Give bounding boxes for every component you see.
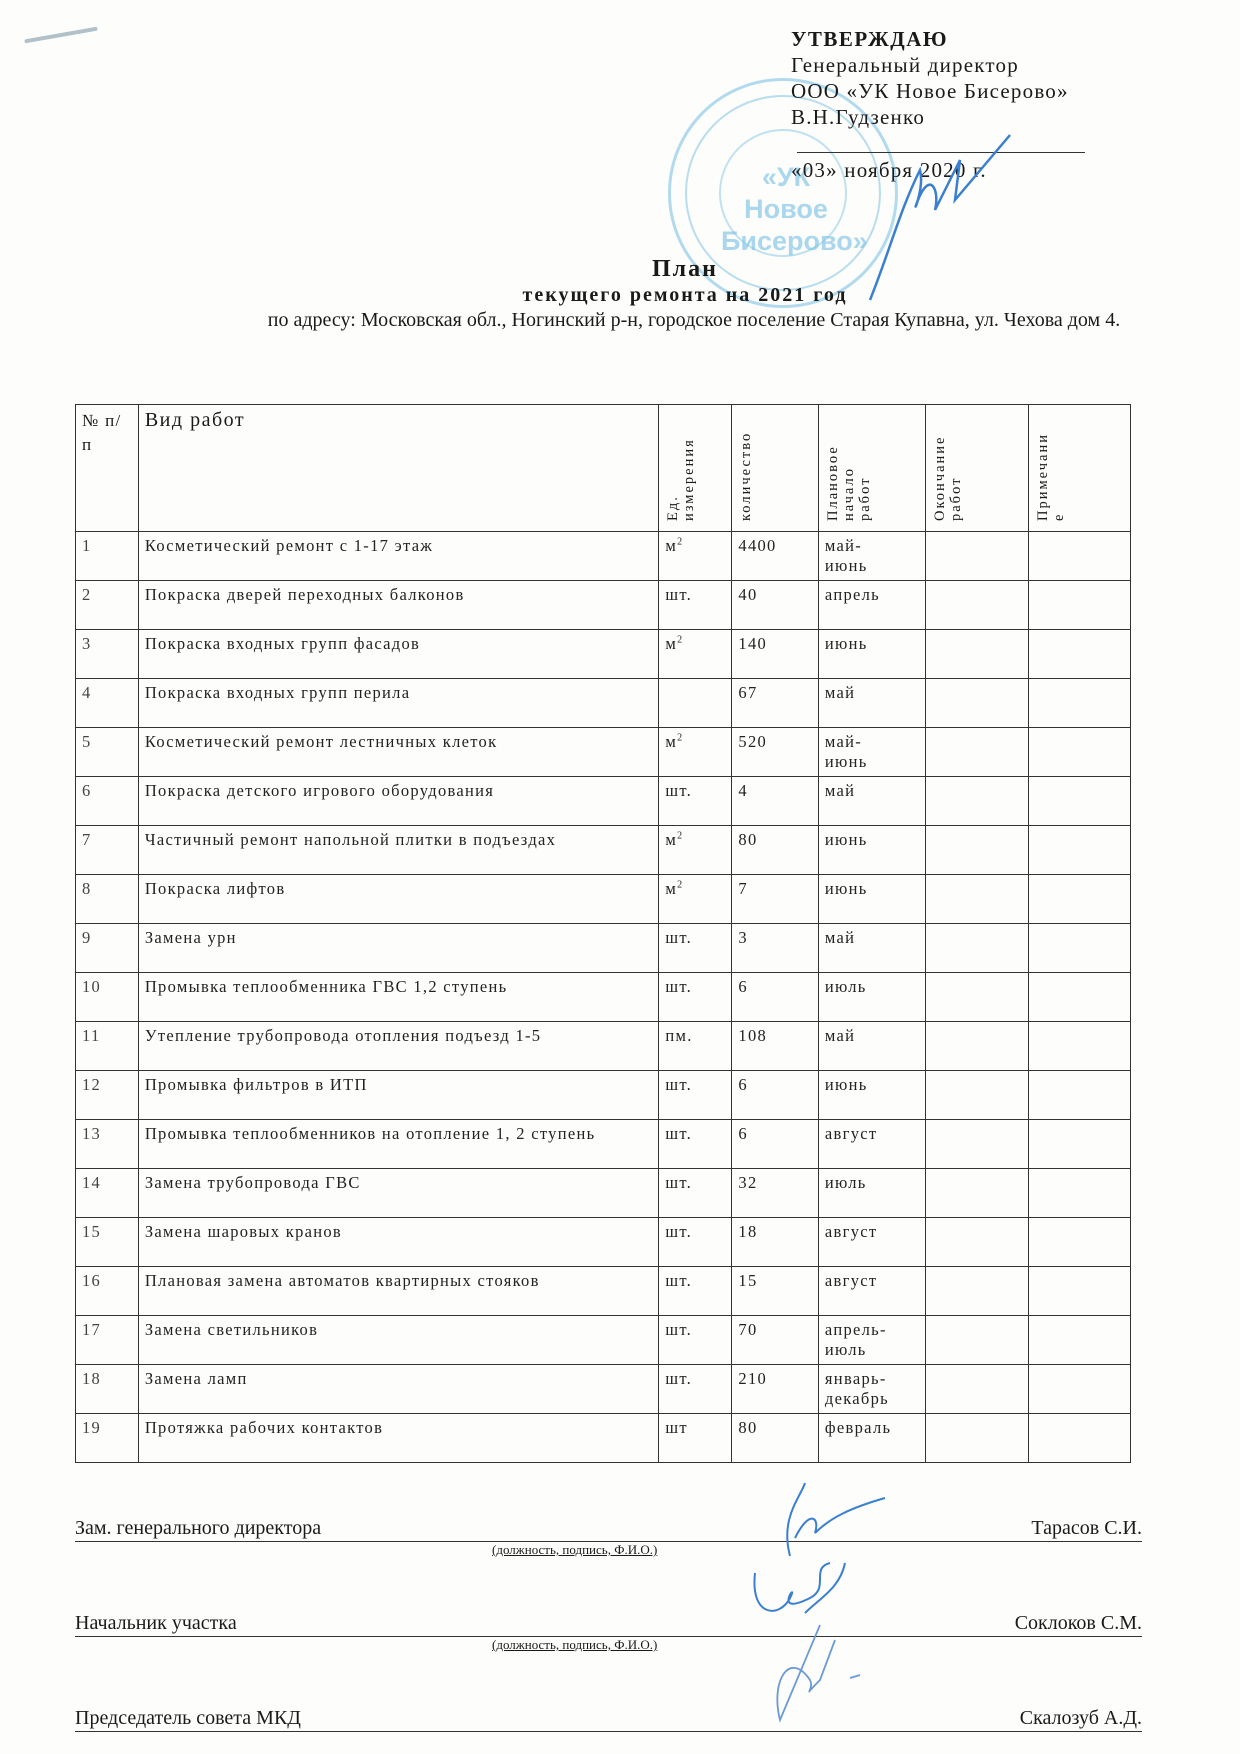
row-qty: 40 [732,581,819,630]
row-qty: 80 [732,826,819,875]
row-unit: шт [659,1414,732,1463]
row-start: май [818,679,925,728]
row-start: май [818,1022,925,1071]
row-unit: шт. [659,1218,732,1267]
signer-role: Начальник участка [75,1612,237,1635]
row-work: Утепление трубопровода отопления подъезд… [138,1022,659,1071]
row-qty: 18 [732,1218,819,1267]
row-work: Плановая замена автоматов квартирных сто… [138,1267,659,1316]
row-qty: 6 [732,1071,819,1120]
row-start: август [818,1218,925,1267]
row-note [1028,1365,1130,1414]
row-qty: 70 [732,1316,819,1365]
row-work: Косметический ремонт лестничных клеток [138,728,659,777]
repair-plan-table: № п/п Вид работ Ед. измерения количество… [75,404,1131,1463]
row-num: 11 [76,1022,139,1071]
row-note [1028,679,1130,728]
row-end [925,679,1028,728]
table-row: 12Промывка фильтров в ИТПшт.6июнь [76,1071,1131,1120]
row-num: 16 [76,1267,139,1316]
row-work: Покраска дверей переходных балконов [138,581,659,630]
row-qty: 4400 [732,532,819,581]
row-work: Промывка теплообменника ГВС 1,2 ступень [138,973,659,1022]
table-row: 6Покраска детского игрового оборудования… [76,777,1131,826]
row-num: 7 [76,826,139,875]
row-qty: 210 [732,1365,819,1414]
row-unit: шт. [659,1316,732,1365]
row-qty: 7 [732,875,819,924]
signature-line: Председатель совета МКД Скалозуб А.Д. [75,1703,1142,1732]
row-unit: шт. [659,1267,732,1316]
row-start: апрель [818,581,925,630]
row-num: 13 [76,1120,139,1169]
row-work: Замена шаровых кранов [138,1218,659,1267]
row-num: 6 [76,777,139,826]
row-work: Промывка фильтров в ИТП [138,1071,659,1120]
signature-line: Зам. генерального директора Тарасов С.И. [75,1513,1142,1542]
row-end [925,1316,1028,1365]
row-end [925,630,1028,679]
row-start: август [818,1120,925,1169]
row-start: июнь [818,875,925,924]
row-num: 9 [76,924,139,973]
row-end [925,1414,1028,1463]
row-note [1028,1267,1130,1316]
signer-name: Скалозуб А.Д. [1020,1707,1142,1730]
signature-hint: (должность, подпись, Ф.И.О.) [492,1637,657,1653]
row-end [925,532,1028,581]
table-row: 1Косметический ремонт с 1-17 этажм24400м… [76,532,1131,581]
row-start: июнь [818,1071,925,1120]
row-end [925,973,1028,1022]
row-end [925,1022,1028,1071]
row-unit: шт. [659,777,732,826]
row-unit: пм. [659,1022,732,1071]
header-num: № п/п [76,405,139,532]
row-start: апрель- июль [818,1316,925,1365]
row-unit: шт. [659,973,732,1022]
row-unit: шт. [659,1365,732,1414]
row-qty: 3 [732,924,819,973]
row-start: август [818,1267,925,1316]
table-row: 8Покраска лифтовм27июнь [76,875,1131,924]
row-note [1028,875,1130,924]
row-num: 2 [76,581,139,630]
row-unit: м2 [659,875,732,924]
row-note [1028,1120,1130,1169]
approval-signature-line [797,152,1085,153]
row-start: июль [818,973,925,1022]
row-note [1028,728,1130,777]
row-note [1028,1316,1130,1365]
table-row: 16Плановая замена автоматов квартирных с… [76,1267,1131,1316]
signer-role: Председатель совета МКД [75,1707,301,1730]
row-num: 4 [76,679,139,728]
row-unit: м2 [659,630,732,679]
row-num: 8 [76,875,139,924]
row-work: Покраска входных групп фасадов [138,630,659,679]
row-qty: 67 [732,679,819,728]
row-note [1028,532,1130,581]
row-work: Покраска входных групп перила [138,679,659,728]
row-note [1028,1218,1130,1267]
row-num: 14 [76,1169,139,1218]
row-note [1028,924,1130,973]
header-unit: Ед. измерения [659,405,732,532]
table-row: 4Покраска входных групп перила67май [76,679,1131,728]
row-num: 5 [76,728,139,777]
row-work: Замена трубопровода ГВС [138,1169,659,1218]
row-end [925,728,1028,777]
table-row: 18Замена лампшт.210январь- декабрь [76,1365,1131,1414]
row-start: июль [818,1169,925,1218]
row-qty: 32 [732,1169,819,1218]
table-row: 17Замена светильниковшт.70апрель- июль [76,1316,1131,1365]
header-work: Вид работ [138,405,659,532]
row-qty: 6 [732,1120,819,1169]
row-unit: м2 [659,728,732,777]
row-note [1028,581,1130,630]
row-qty: 15 [732,1267,819,1316]
table-row: 19Протяжка рабочих контактовшт80февраль [76,1414,1131,1463]
row-unit: шт. [659,1120,732,1169]
row-work: Частичный ремонт напольной плитки в подъ… [138,826,659,875]
table-row: 13Промывка теплообменников на отопление … [76,1120,1131,1169]
table-row: 9Замена урншт.3май [76,924,1131,973]
row-num: 18 [76,1365,139,1414]
row-qty: 80 [732,1414,819,1463]
row-end [925,777,1028,826]
table-row: 15Замена шаровых крановшт.18август [76,1218,1131,1267]
row-start: май [818,924,925,973]
row-end [925,581,1028,630]
table-row: 10Промывка теплообменника ГВС 1,2 ступен… [76,973,1131,1022]
row-end [925,1071,1028,1120]
row-end [925,826,1028,875]
scan-mark [24,27,98,44]
table-row: 14Замена трубопровода ГВСшт.32июль [76,1169,1131,1218]
row-work: Замена ламп [138,1365,659,1414]
row-num: 12 [76,1071,139,1120]
header-start: Плановое начало работ [818,405,925,532]
table-row: 7Частичный ремонт напольной плитки в под… [76,826,1131,875]
row-start: январь- декабрь [818,1365,925,1414]
row-start: июнь [818,630,925,679]
signature-block: Начальник участка Соклоков С.М. (должнос… [75,1608,1142,1637]
row-unit: м2 [659,826,732,875]
row-num: 3 [76,630,139,679]
row-start: май [818,777,925,826]
row-num: 10 [76,973,139,1022]
row-num: 15 [76,1218,139,1267]
approver-position: Генеральный директор [791,52,1085,78]
row-num: 1 [76,532,139,581]
row-work: Покраска лифтов [138,875,659,924]
row-start: май- июнь [818,728,925,777]
row-work: Косметический ремонт с 1-17 этаж [138,532,659,581]
row-num: 19 [76,1414,139,1463]
row-start: май- июнь [818,532,925,581]
row-end [925,1267,1028,1316]
row-qty: 140 [732,630,819,679]
signer-name: Соклоков С.М. [1015,1612,1142,1635]
signer-role: Зам. генерального директора [75,1517,321,1540]
table-row: 2Покраска дверей переходных балконовшт.4… [76,581,1131,630]
row-end [925,924,1028,973]
row-qty: 4 [732,777,819,826]
title-address: по адресу: Московская обл., Ногинский р-… [214,307,1174,333]
table-row: 3Покраска входных групп фасадовм2140июнь [76,630,1131,679]
table-row: 5Косметический ремонт лестничных клетокм… [76,728,1131,777]
table-row: 11Утепление трубопровода отопления подъе… [76,1022,1131,1071]
approver-company: ООО «УК Новое Бисерово» [791,78,1085,104]
document-title: План текущего ремонта на 2021 год по адр… [0,255,1240,333]
row-end [925,1169,1028,1218]
row-end [925,1365,1028,1414]
approval-title: УТВЕРЖДАЮ [791,26,1085,52]
signature-hint: (должность, подпись, Ф.И.О.) [492,1542,657,1558]
row-note [1028,1022,1130,1071]
row-note [1028,826,1130,875]
title-line-1: План [130,255,1240,283]
signature-block: Зам. генерального директора Тарасов С.И.… [75,1513,1142,1542]
header-end: Окончание работ [925,405,1028,532]
approval-block: УТВЕРЖДАЮ Генеральный директор ООО «УК Н… [791,26,1085,183]
row-end [925,1218,1028,1267]
row-work: Замена урн [138,924,659,973]
row-note [1028,630,1130,679]
row-unit [659,679,732,728]
title-line-2: текущего ремонта на 2021 год [130,283,1240,307]
row-unit: шт. [659,1071,732,1120]
row-work: Замена светильников [138,1316,659,1365]
row-qty: 520 [732,728,819,777]
row-start: июнь [818,826,925,875]
row-end [925,875,1028,924]
row-note [1028,1169,1130,1218]
row-note [1028,973,1130,1022]
row-start: февраль [818,1414,925,1463]
row-end [925,1120,1028,1169]
row-work: Покраска детского игрового оборудования [138,777,659,826]
row-note [1028,777,1130,826]
row-note [1028,1071,1130,1120]
row-num: 17 [76,1316,139,1365]
table-header-row: № п/п Вид работ Ед. измерения количество… [76,405,1131,532]
row-unit: шт. [659,1169,732,1218]
signer-name: Тарасов С.И. [1031,1517,1142,1540]
header-note: Примечани е [1028,405,1130,532]
row-qty: 108 [732,1022,819,1071]
signature-block: Председатель совета МКД Скалозуб А.Д. [75,1703,1142,1732]
row-unit: шт. [659,581,732,630]
row-unit: м2 [659,532,732,581]
row-work: Промывка теплообменников на отопление 1,… [138,1120,659,1169]
row-unit: шт. [659,924,732,973]
row-note [1028,1414,1130,1463]
row-work: Протяжка рабочих контактов [138,1414,659,1463]
signature-line: Начальник участка Соклоков С.М. [75,1608,1142,1637]
approver-name: В.Н.Гудзенко [791,104,1085,130]
row-qty: 6 [732,973,819,1022]
header-qty: количество [732,405,819,532]
approval-date: «03» ноября 2020 г. [791,157,1085,183]
